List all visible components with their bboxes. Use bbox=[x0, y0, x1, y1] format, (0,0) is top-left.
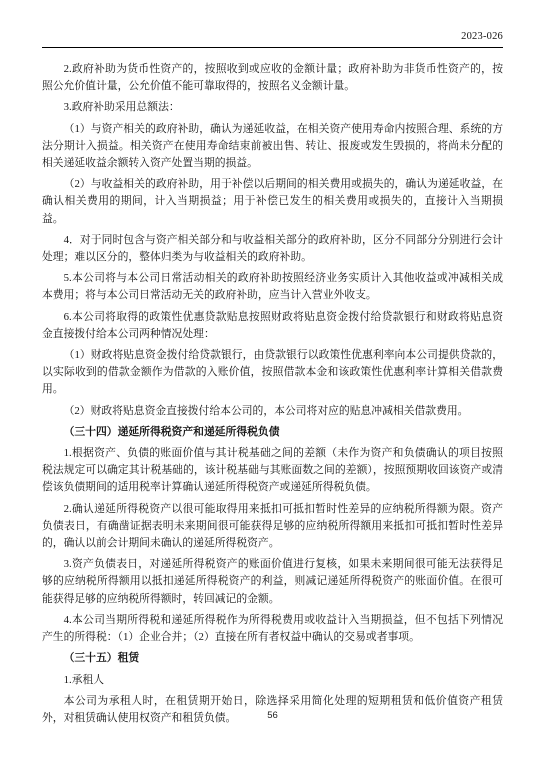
body-paragraph: 3.政府补助采用总额法： bbox=[42, 99, 503, 116]
body-paragraph: 4．对于同时包含与资产相关部分和与收益相关部分的政府补助，区分不同部分分别进行会… bbox=[42, 232, 503, 266]
document-body: 2.政府补助为货币性资产的，按照收到或应收的金额计量；政府补助为非货币性资产的，… bbox=[42, 61, 503, 731]
section-heading-deferred-tax: （三十四）递延所得税资产和递延所得税负债 bbox=[42, 424, 503, 441]
body-paragraph: 4.本公司当期所得税和递延所得税作为所得税费用或收益计入当期损益，但不包括下列情… bbox=[42, 612, 503, 646]
doc-number: 2023-026 bbox=[461, 31, 503, 42]
body-paragraph: （1）与资产相关的政府补助，确认为递延收益，在相关资产使用寿命内按照合理、系统的… bbox=[42, 121, 503, 173]
page-number: 56 bbox=[267, 710, 278, 721]
body-paragraph: （1）财政将贴息资金拨付给贷款银行，由贷款银行以政策性优惠利率向本公司提供贷款的… bbox=[42, 347, 503, 399]
body-paragraph: 6.本公司将取得的政策性优惠贷款贴息按照财政将贴息资金拨付给贷款银行和财政将贴息… bbox=[42, 309, 503, 343]
document-page: 2023-026 2.政府补助为货币性资产的，按照收到或应收的金额计量；政府补助… bbox=[0, 0, 545, 771]
body-paragraph: 1.承租人 bbox=[42, 672, 503, 689]
section-heading-lease: （三十五）租赁 bbox=[42, 650, 503, 667]
body-paragraph: 5.本公司将与本公司日常活动相关的政府补助按照经济业务实质计入其他收益或冲减相关… bbox=[42, 270, 503, 304]
body-paragraph: 3.资产负债表日，对递延所得税资产的账面价值进行复核，如果未来期间很可能无法获得… bbox=[42, 556, 503, 608]
body-paragraph: （2）财政将贴息资金直接拨付给本公司的，本公司将对应的贴息冲减相关借款费用。 bbox=[42, 403, 503, 420]
body-paragraph: 1.根据资产、负债的账面价值与其计税基础之间的差额（未作为资产和负债确认的项目按… bbox=[42, 445, 503, 497]
page-header: 2023-026 bbox=[42, 30, 503, 48]
body-paragraph: 2.政府补助为货币性资产的，按照收到或应收的金额计量；政府补助为非货币性资产的，… bbox=[42, 61, 503, 95]
page-footer: 56 bbox=[0, 710, 545, 721]
body-paragraph: 2.确认递延所得税资产以很可能取得用来抵扣可抵扣暂时性差异的应纳税所得额为限。资… bbox=[42, 501, 503, 553]
body-paragraph: （2）与收益相关的政府补助，用于补偿以后期间的相关费用或损失的，确认为递延收益，… bbox=[42, 176, 503, 228]
